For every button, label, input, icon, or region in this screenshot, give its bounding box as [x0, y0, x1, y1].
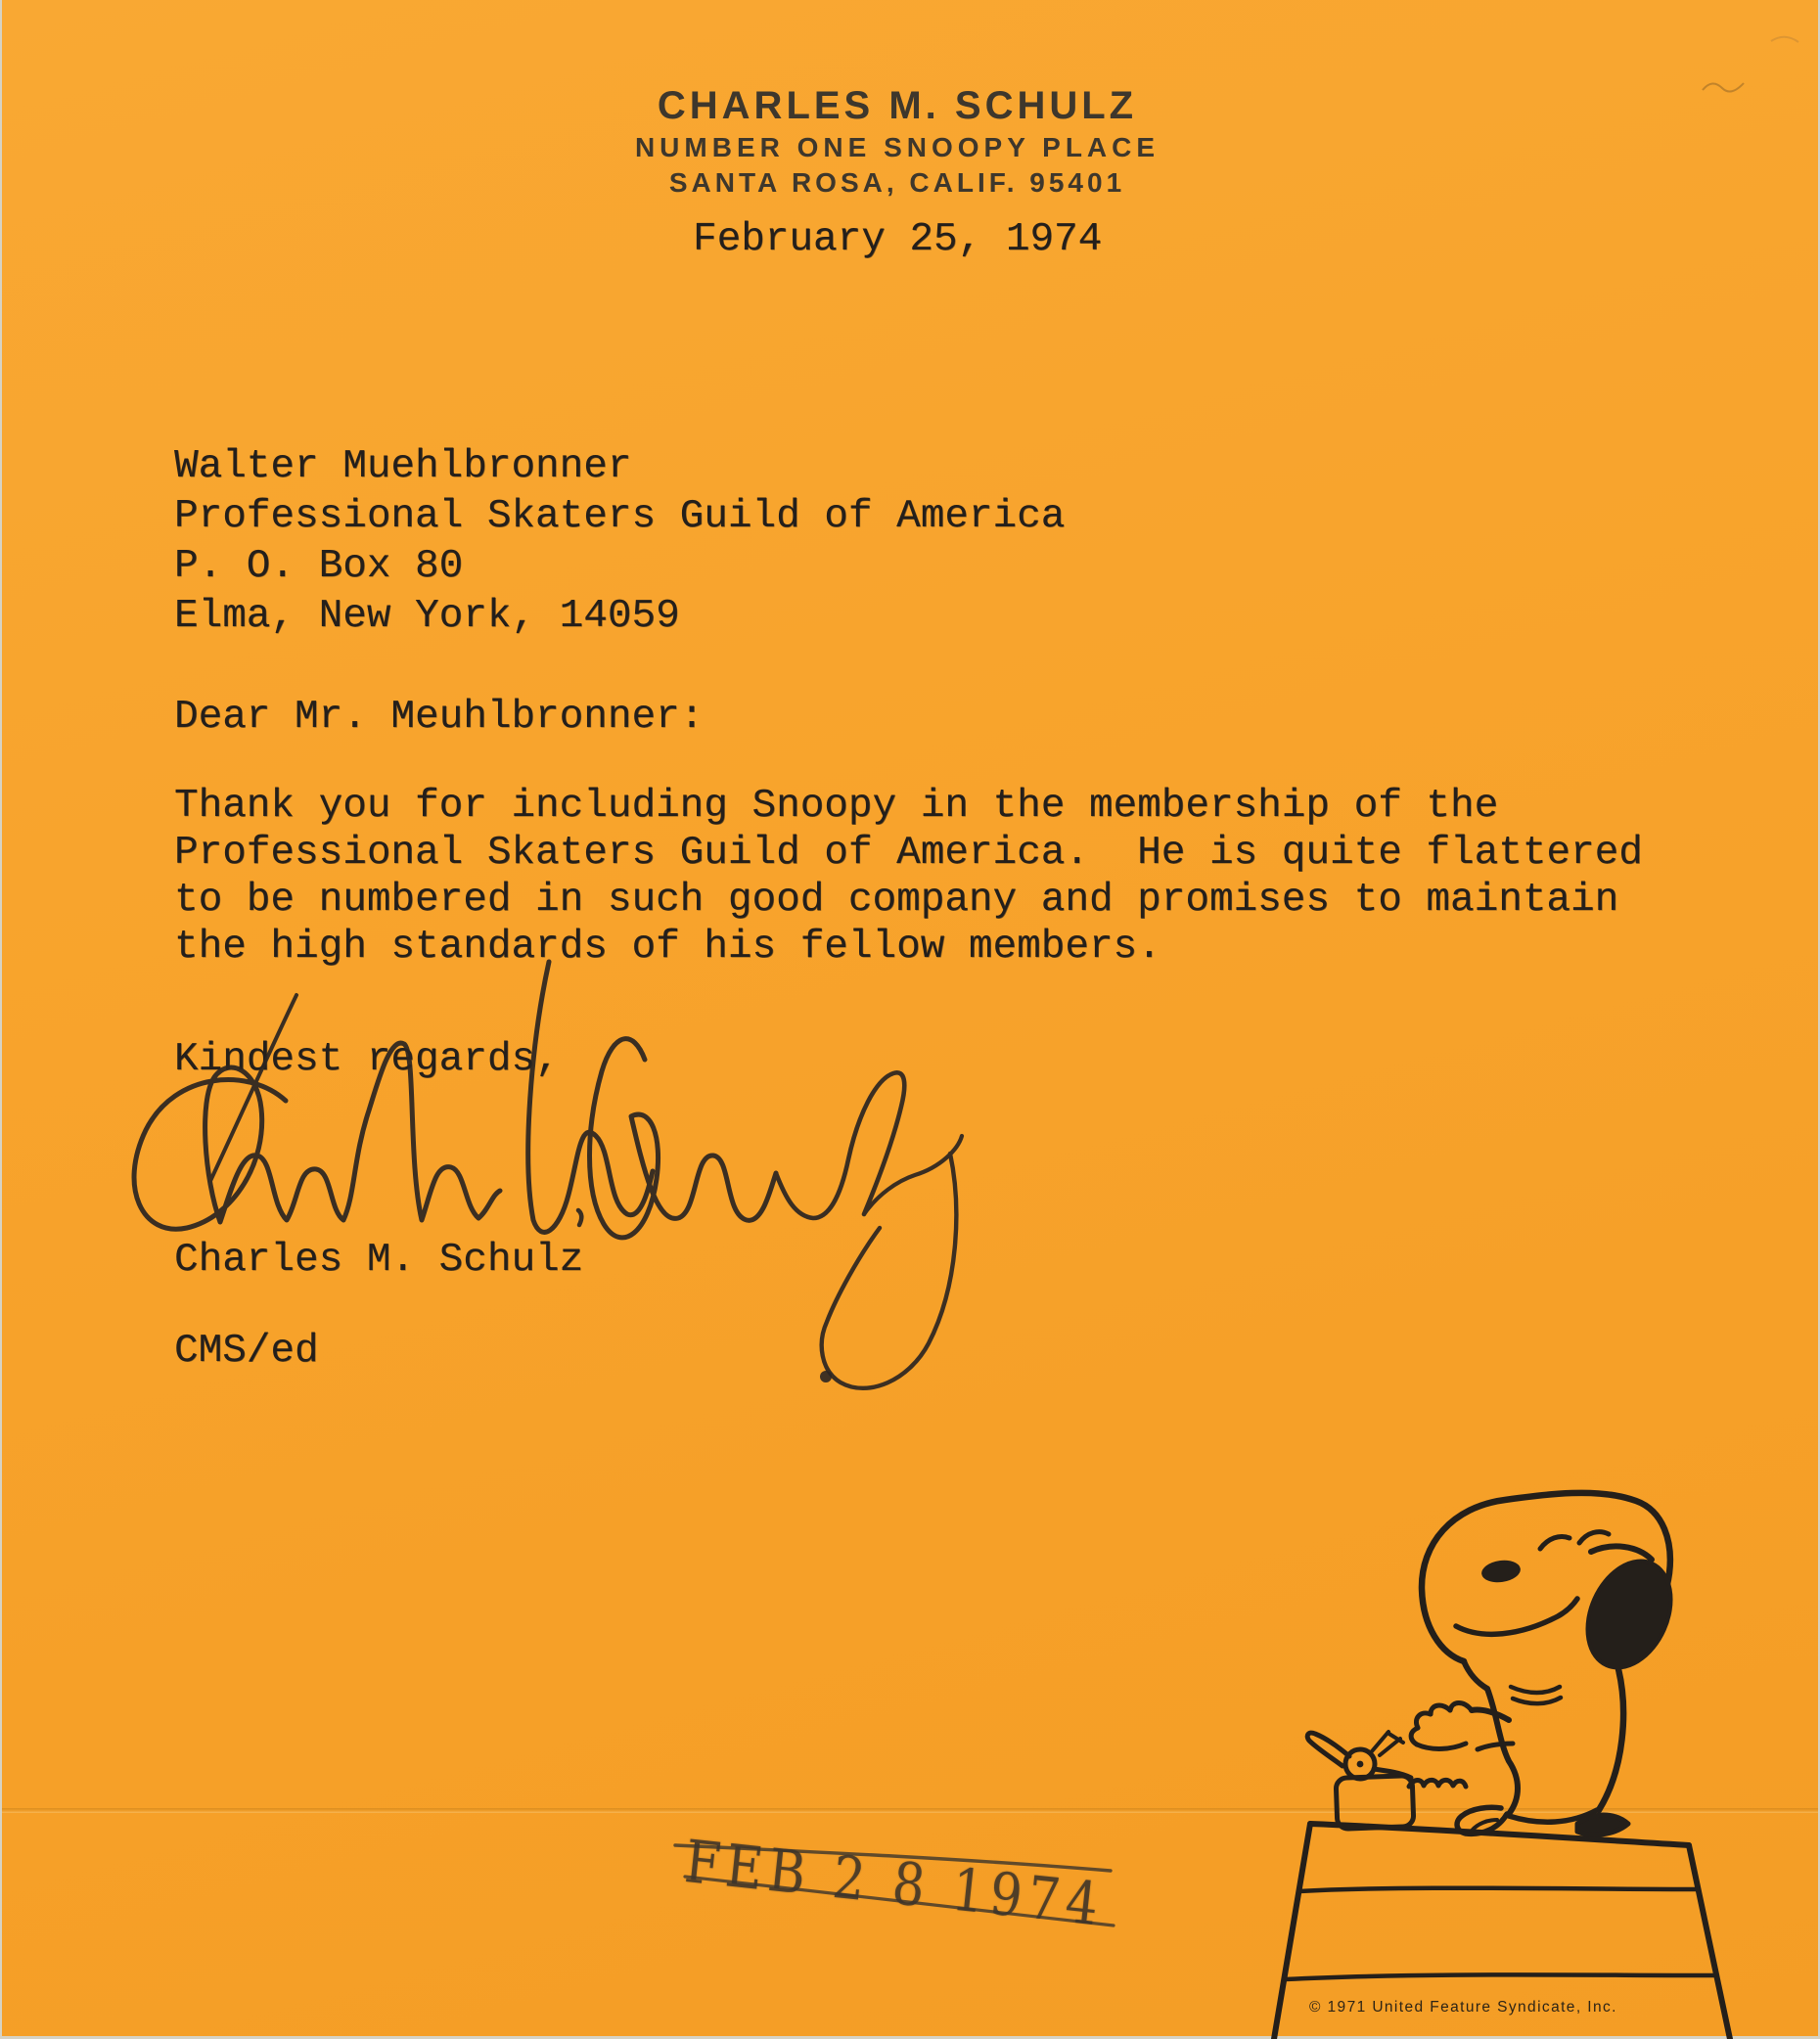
date-line: February 25, 1974 [693, 217, 1102, 262]
typist-initials: CMS/ed [174, 1329, 319, 1374]
letterhead-name: CHARLES M. SCHULZ [2, 82, 1793, 129]
letterhead-city-line: SANTA ROSA, CALIF. 95401 [2, 165, 1793, 201]
pencil-scuff-marks [1665, 20, 1812, 117]
snoopy-eye [1480, 1558, 1523, 1584]
stamp-strikethrough [665, 1816, 1125, 1943]
recipient-address: Walter Muehlbronner Professional Skaters… [174, 442, 1065, 642]
closing: Kindest regards, [174, 1037, 560, 1082]
letterhead: CHARLES M. SCHULZ NUMBER ONE SNOOPY PLAC… [2, 82, 1793, 201]
typed-signature-name: Charles M. Schulz [174, 1238, 583, 1283]
snoopy-typing-illustration: © 1971 United Feature Syndicate, Inc. [1254, 1458, 1820, 2039]
body-paragraph: Thank you for including Snoopy in the me… [174, 783, 1643, 971]
paper: CHARLES M. SCHULZ NUMBER ONE SNOOPY PLAC… [2, 0, 1818, 2036]
scanned-letter: { "letterhead": { "name": "CHARLES M. SC… [0, 0, 1820, 2039]
ink-blot [820, 1371, 832, 1382]
letterhead-address-line: NUMBER ONE SNOOPY PLACE [2, 130, 1793, 165]
salutation: Dear Mr. Meuhlbronner: [174, 695, 704, 740]
copyright-notice: © 1971 United Feature Syndicate, Inc. [1309, 1999, 1617, 2016]
